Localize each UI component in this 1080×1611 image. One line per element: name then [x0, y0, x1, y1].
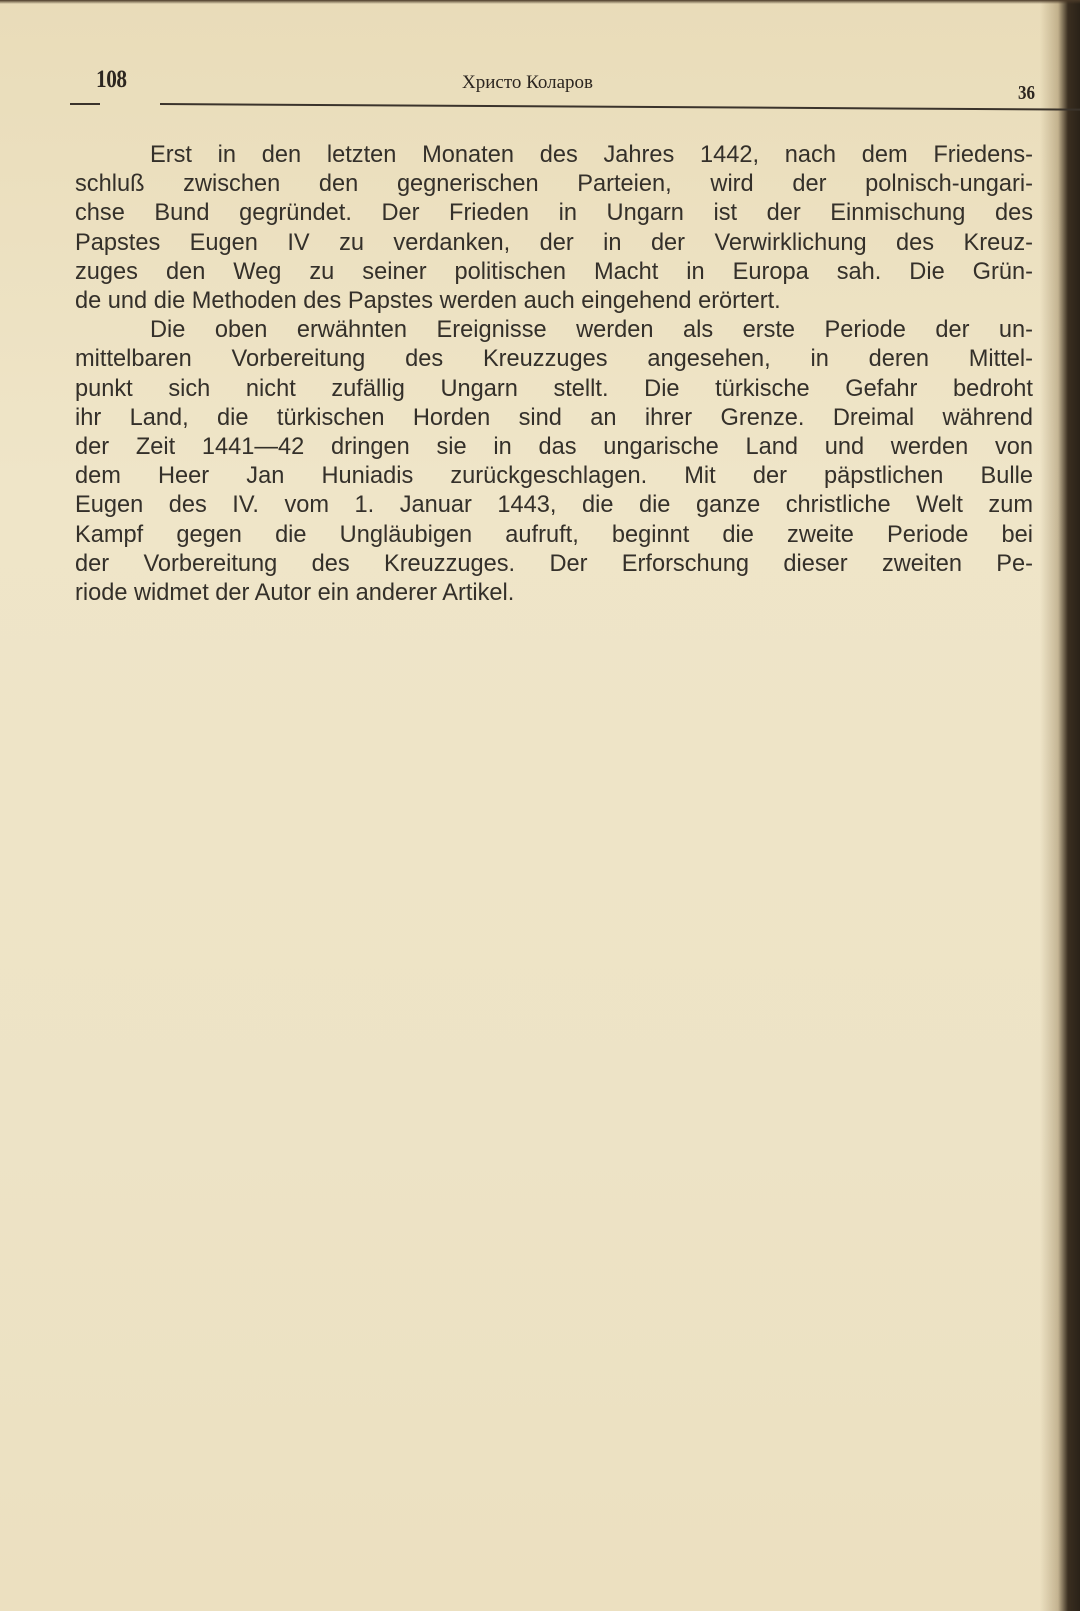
scanned-page: 108 Христо Коларов 36 Erst in den letzte… — [0, 0, 1080, 1611]
text-line: ihr Land, die türkischen Horden sind an … — [75, 404, 1033, 433]
text-line: chse Bund gegründet. Der Frieden in Unga… — [75, 199, 1033, 228]
text-line: der Zeit 1441—42 dringen sie in das unga… — [75, 433, 1033, 462]
header-rule — [160, 103, 1080, 111]
text-line: schluß zwischen den gegnerischen Parteie… — [75, 170, 1033, 199]
text-line: mittelbaren Vorbereitung des Kreuzzuges … — [75, 345, 1033, 374]
running-title: Христо Коларов — [60, 72, 1035, 94]
text-line: riode widmet der Autor ein anderer Artik… — [75, 579, 1033, 608]
text-line: der Vorbereitung des Kreuzzuges. Der Erf… — [75, 550, 1033, 579]
header-rule-short — [70, 103, 100, 105]
text-line: dem Heer Jan Huniadis zurückgeschlagen. … — [75, 462, 1033, 491]
text-line: Erst in den letzten Monaten des Jahres 1… — [75, 141, 1033, 170]
text-line: zuges den Weg zu seiner politischen Mach… — [75, 258, 1033, 287]
running-head: 108 Христо Коларов 36 — [60, 66, 1035, 106]
page-top-edge — [0, 0, 1080, 4]
text-line: punkt sich nicht zufällig Ungarn stellt.… — [75, 375, 1033, 404]
text-line: Die oben erwähnten Ereignisse werden als… — [75, 316, 1033, 345]
text-line: Kampf gegen die Ungläubigen aufruft, beg… — [75, 521, 1033, 550]
body-text: Erst in den letzten Monaten des Jahres 1… — [75, 141, 1033, 608]
text-line: de und die Methoden des Papstes werden a… — [75, 287, 1033, 316]
folio-number: 36 — [1018, 82, 1035, 105]
text-line: Papstes Eugen IV zu verdanken, der in de… — [75, 229, 1033, 258]
text-line: Eugen des IV. vom 1. Januar 1443, die di… — [75, 491, 1033, 520]
paragraph-2: Die oben erwähnten Ereignisse werden als… — [75, 316, 1033, 608]
paragraph-1: Erst in den letzten Monaten des Jahres 1… — [75, 141, 1033, 316]
